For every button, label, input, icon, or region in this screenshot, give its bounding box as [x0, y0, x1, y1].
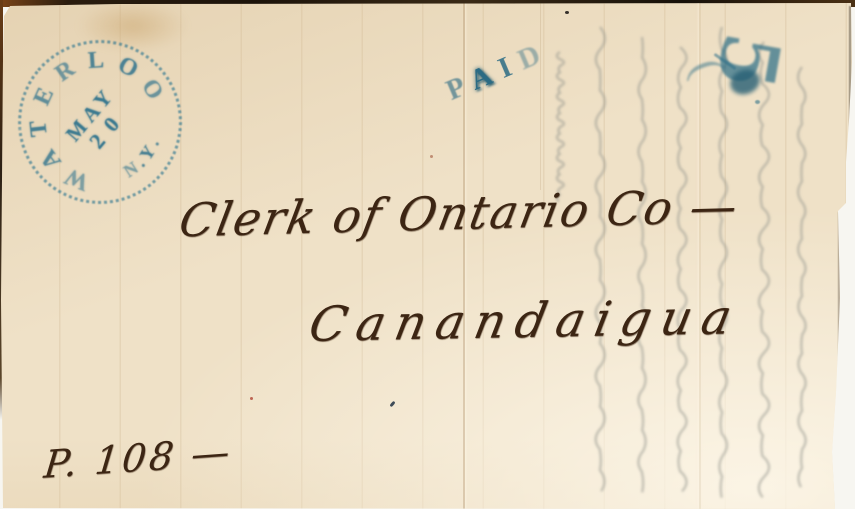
paid-handstamp: PAID	[442, 35, 555, 108]
paper-edge-shadow	[838, 212, 840, 462]
ghost-stroke	[638, 37, 646, 492]
ink-speck	[250, 397, 253, 400]
address-line-2: Canandaigua	[305, 289, 747, 353]
scanned-postal-cover-page: { "document": { "kind": "Scanned stample…	[0, 0, 855, 509]
rate-handstamp: ( 5	[698, 14, 818, 134]
ghost-stroke	[678, 47, 687, 491]
address-line-1: Clerk of Ontario Co —	[175, 179, 744, 248]
ghost-stroke	[557, 52, 564, 202]
datestamp-letter: L	[87, 47, 105, 75]
fold-crease	[540, 0, 541, 190]
docket-notation: P. 108 —	[42, 429, 235, 487]
ink-speck	[389, 401, 395, 408]
ink-speck	[565, 11, 569, 14]
ghost-stroke	[596, 27, 605, 491]
ink-speck	[430, 155, 433, 158]
datestamp-letter: T	[25, 119, 54, 138]
paper-edge-shadow	[849, 6, 851, 156]
cover-paper: WATERLOO N.Y. MAY 20 PAID ( 5 Clerk of O…	[0, 0, 855, 509]
